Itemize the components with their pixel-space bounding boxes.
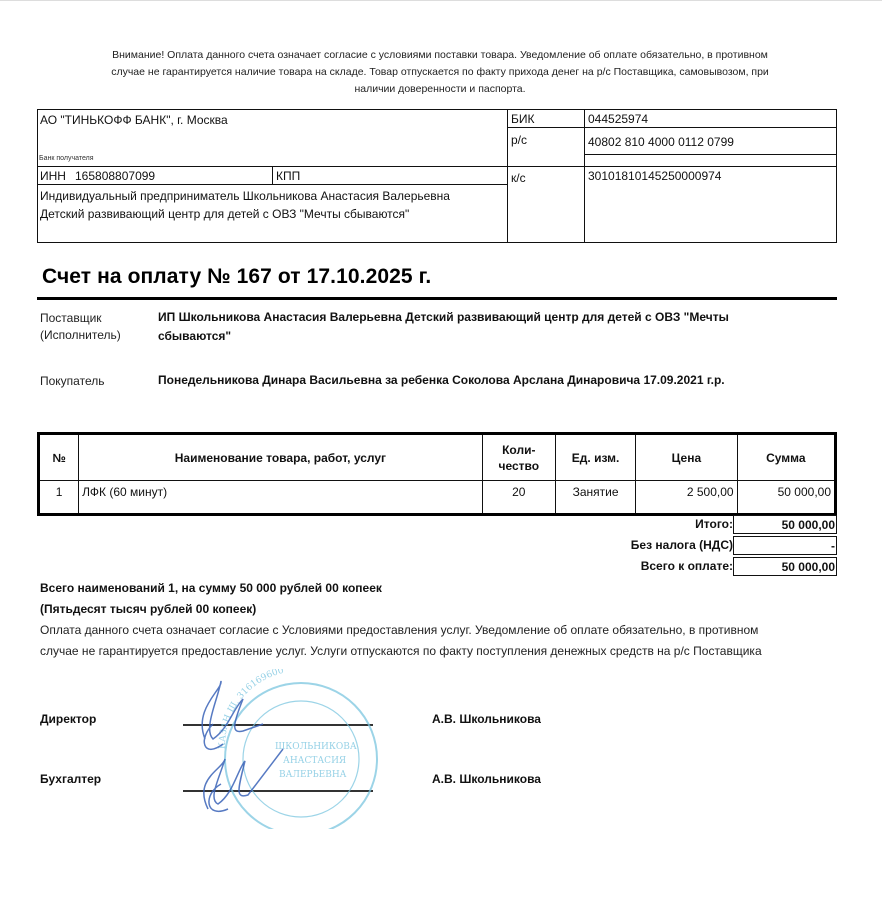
subtotal-value: 50 000,00: [733, 515, 837, 534]
subtotal-label: Итого:: [695, 517, 733, 531]
amount-summary: Всего наименований 1, на сумму 50 000 ру…: [40, 578, 382, 620]
ks-value: 30101810145250000974: [588, 169, 721, 183]
col-unit: Ед. изм.: [555, 434, 635, 481]
supplier-label: Поставщик (Исполнитель): [40, 310, 121, 344]
row-num: 1: [39, 481, 79, 515]
svg-text:ВАЛЕРЬЕВНА: ВАЛЕРЬЕВНА: [279, 770, 347, 780]
payment-warning: Внимание! Оплата данного счета означает …: [100, 47, 780, 98]
table-row: 1 ЛФК (60 минут) 20 Занятие 2 500,00 50 …: [39, 481, 836, 515]
supplier-label-line-1: Поставщик: [40, 310, 121, 327]
col-name: Наименование товара, работ, услуг: [79, 434, 483, 481]
subtotal-row: Итого: 50 000,00: [480, 515, 837, 534]
inn-label: ИНН: [40, 169, 66, 183]
svg-text:АНАСТАСИЯ: АНАСТАСИЯ: [283, 756, 346, 766]
summary-line-1: Всего наименований 1, на сумму 50 000 ру…: [40, 578, 382, 599]
total-row: Всего к оплате: 50 000,00: [480, 557, 837, 576]
summary-line-2: (Пятьдесят тысяч рублей 00 копеек): [40, 599, 382, 620]
col-price: Цена: [636, 434, 737, 481]
items-header-row: № Наименование товара, работ, услуг Коли…: [39, 434, 836, 481]
row-price: 2 500,00: [636, 481, 737, 515]
bank-details-table: АО "ТИНЬКОФФ БАНК", г. Москва Банк получ…: [37, 109, 837, 243]
items-table: № Наименование товара, работ, услуг Коли…: [37, 432, 837, 516]
col-qty: Коли-чество: [482, 434, 555, 481]
supplier-value: ИП Школьникова Анастасия Валерьевна Детс…: [158, 308, 798, 346]
row-sum: 50 000,00: [737, 481, 835, 515]
bank-name: АО "ТИНЬКОФФ БАНК", г. Москва: [40, 113, 228, 127]
total-label: Всего к оплате:: [641, 559, 733, 573]
inn-value: 165808807099: [75, 169, 155, 183]
invoice-title: Счет на оплату № 167 от 17.10.2025 г.: [42, 265, 431, 289]
totals-block: Итого: 50 000,00 Без налога (НДС) - Всег…: [480, 515, 837, 576]
recipient-line-2: Детский развивающий центр для детей с ОВ…: [40, 207, 409, 221]
svg-text:КАЗАН Ш. 316169600: КАЗАН Ш. 316169600: [218, 669, 285, 749]
row-qty: 20: [482, 481, 555, 515]
buyer-value: Понедельникова Динара Васильевна за ребе…: [158, 371, 838, 390]
accountant-label: Бухгалтер: [40, 772, 101, 786]
buyer-label: Покупатель: [40, 373, 104, 390]
row-name: ЛФК (60 минут): [79, 481, 483, 515]
bik-value: 044525974: [588, 112, 648, 126]
recipient-line-1: Индивидуальный предприниматель Школьнико…: [40, 189, 450, 203]
title-divider: [37, 297, 837, 300]
kpp-label: КПП: [276, 169, 300, 183]
service-terms: Оплата данного счета означает согласие с…: [40, 620, 790, 662]
vat-value: -: [733, 536, 837, 555]
svg-text:ШКОЛЬНИКОВА: ШКОЛЬНИКОВА: [275, 742, 357, 752]
vat-row: Без налога (НДС) -: [480, 536, 837, 555]
col-num: №: [39, 434, 79, 481]
ks-label: к/с: [511, 171, 526, 185]
rs-label: р/с: [511, 133, 527, 147]
director-name: А.В. Школьникова: [432, 712, 541, 726]
director-label: Директор: [40, 712, 96, 726]
supplier-label-line-2: (Исполнитель): [40, 327, 121, 344]
bank-caption: Банк получателя: [39, 155, 94, 162]
col-sum: Сумма: [737, 434, 835, 481]
signature-scribble-icon: [202, 681, 283, 811]
accountant-name: А.В. Школьникова: [432, 772, 541, 786]
total-value: 50 000,00: [733, 557, 837, 576]
row-unit: Занятие: [555, 481, 635, 515]
vat-label: Без налога (НДС): [631, 538, 733, 552]
company-stamp-icon: КАЗАН Ш. 316169600 ШКОЛЬНИКОВА АНАСТАСИЯ…: [183, 669, 383, 829]
rs-value: 40802 810 4000 0112 0799: [588, 135, 734, 149]
bik-label: БИК: [511, 112, 535, 126]
kpp-cell: [272, 166, 508, 185]
